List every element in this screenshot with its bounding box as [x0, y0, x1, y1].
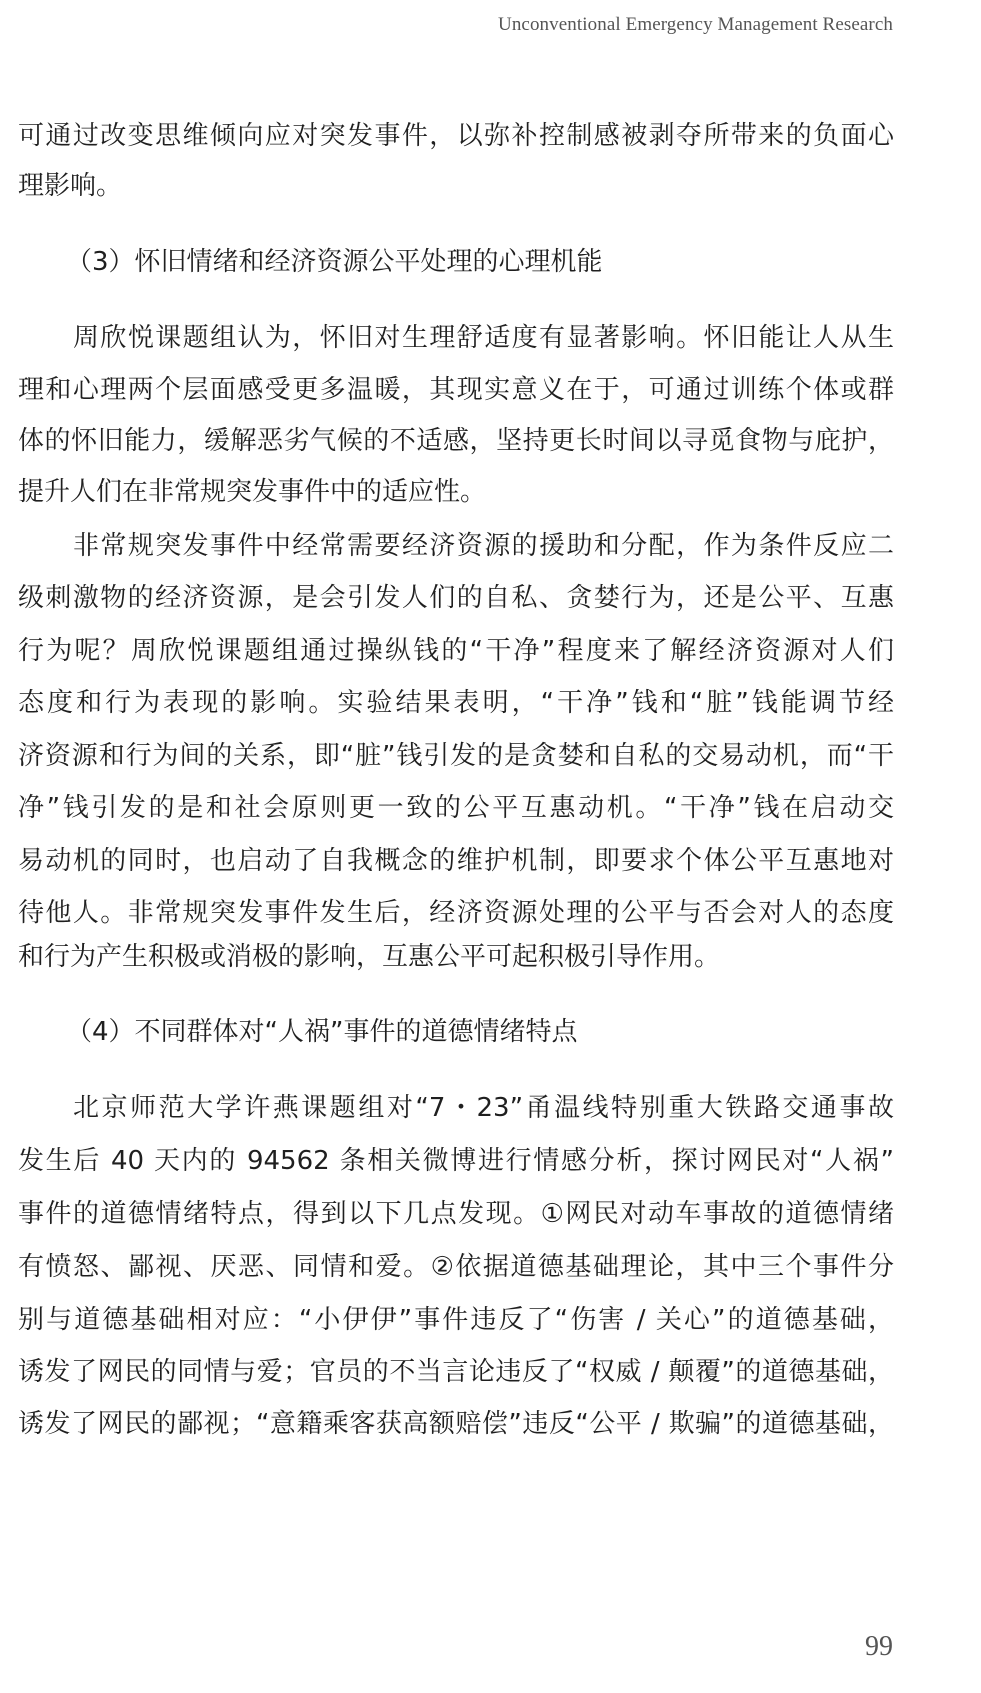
text-line: 发生后 40 天内的 94562 条相关微博进行情感分析，探讨网民对“人祸”: [18, 1146, 894, 1176]
text-line: 态度和行为表现的影响。实验结果表明，“干净”钱和“脏”钱能调节经: [18, 688, 894, 718]
section-heading-3: （3）怀旧情绪和经济资源公平处理的心理机能: [66, 247, 603, 277]
text-line: 级刺激物的经济资源，是会引发人们的自私、贪婪行为，还是公平、互惠: [18, 583, 894, 613]
text-line: 有愤怒、鄙视、厌恶、同情和爱。②依据道德基础理论，其中三个事件分: [18, 1252, 894, 1282]
text-line: 可通过改变思维倾向应对突发事件，以弥补控制感被剥夺所带来的负面心: [18, 121, 894, 151]
text-line: 济资源和行为间的关系，即“脏”钱引发的是贪婪和自私的交易动机，而“干: [18, 741, 894, 771]
section-heading-4: （4）不同群体对“人祸”事件的道德情绪特点: [66, 1017, 577, 1047]
text-line: 理和心理两个层面感受更多温暖，其现实意义在于，可通过训练个体或群: [18, 375, 894, 405]
text-line: 事件的道德情绪特点，得到以下几点发现。①网民对动车事故的道德情绪: [18, 1199, 894, 1229]
text-line: 理影响。: [18, 171, 894, 201]
page-number: 99: [865, 1631, 893, 1663]
text-line: 提升人们在非常规突发事件中的适应性。: [18, 477, 894, 507]
text-line: 诱发了网民的同情与爱；官员的不当言论违反了“权威 / 颠覆”的道德基础，: [18, 1357, 894, 1387]
text-line: 待他人。非常规突发事件发生后，经济资源处理的公平与否会对人的态度: [18, 898, 894, 928]
text-line: 易动机的同时，也启动了自我概念的维护机制，即要求个体公平互惠地对: [18, 846, 894, 876]
running-head: Unconventional Emergency Management Rese…: [498, 14, 893, 36]
text-line: 别与道德基础相对应：“小伊伊”事件违反了“伤害 / 关心”的道德基础，: [18, 1305, 894, 1335]
text-line: 和行为产生积极或消极的影响，互惠公平可起积极引导作用。: [18, 942, 894, 972]
text-line: 行为呢？周欣悦课题组通过操纵钱的“干净”程度来了解经济资源对人们: [18, 636, 894, 666]
text-line: 北京师范大学许燕课题组对“7・23”甬温线特别重大铁路交通事故: [73, 1093, 894, 1123]
text-line: 非常规突发事件中经常需要经济资源的援助和分配，作为条件反应二: [73, 531, 894, 561]
text-line: 体的怀旧能力，缓解恶劣气候的不适感，坚持更长时间以寻觅食物与庇护，: [18, 426, 894, 456]
text-line: 诱发了网民的鄙视；“意籍乘客获高额赔偿”违反“公平 / 欺骗”的道德基础，: [18, 1409, 894, 1439]
text-line: 净”钱引发的是和社会原则更一致的公平互惠动机。“干净”钱在启动交: [18, 793, 894, 823]
text-line: 周欣悦课题组认为，怀旧对生理舒适度有显著影响。怀旧能让人从生: [73, 323, 894, 353]
